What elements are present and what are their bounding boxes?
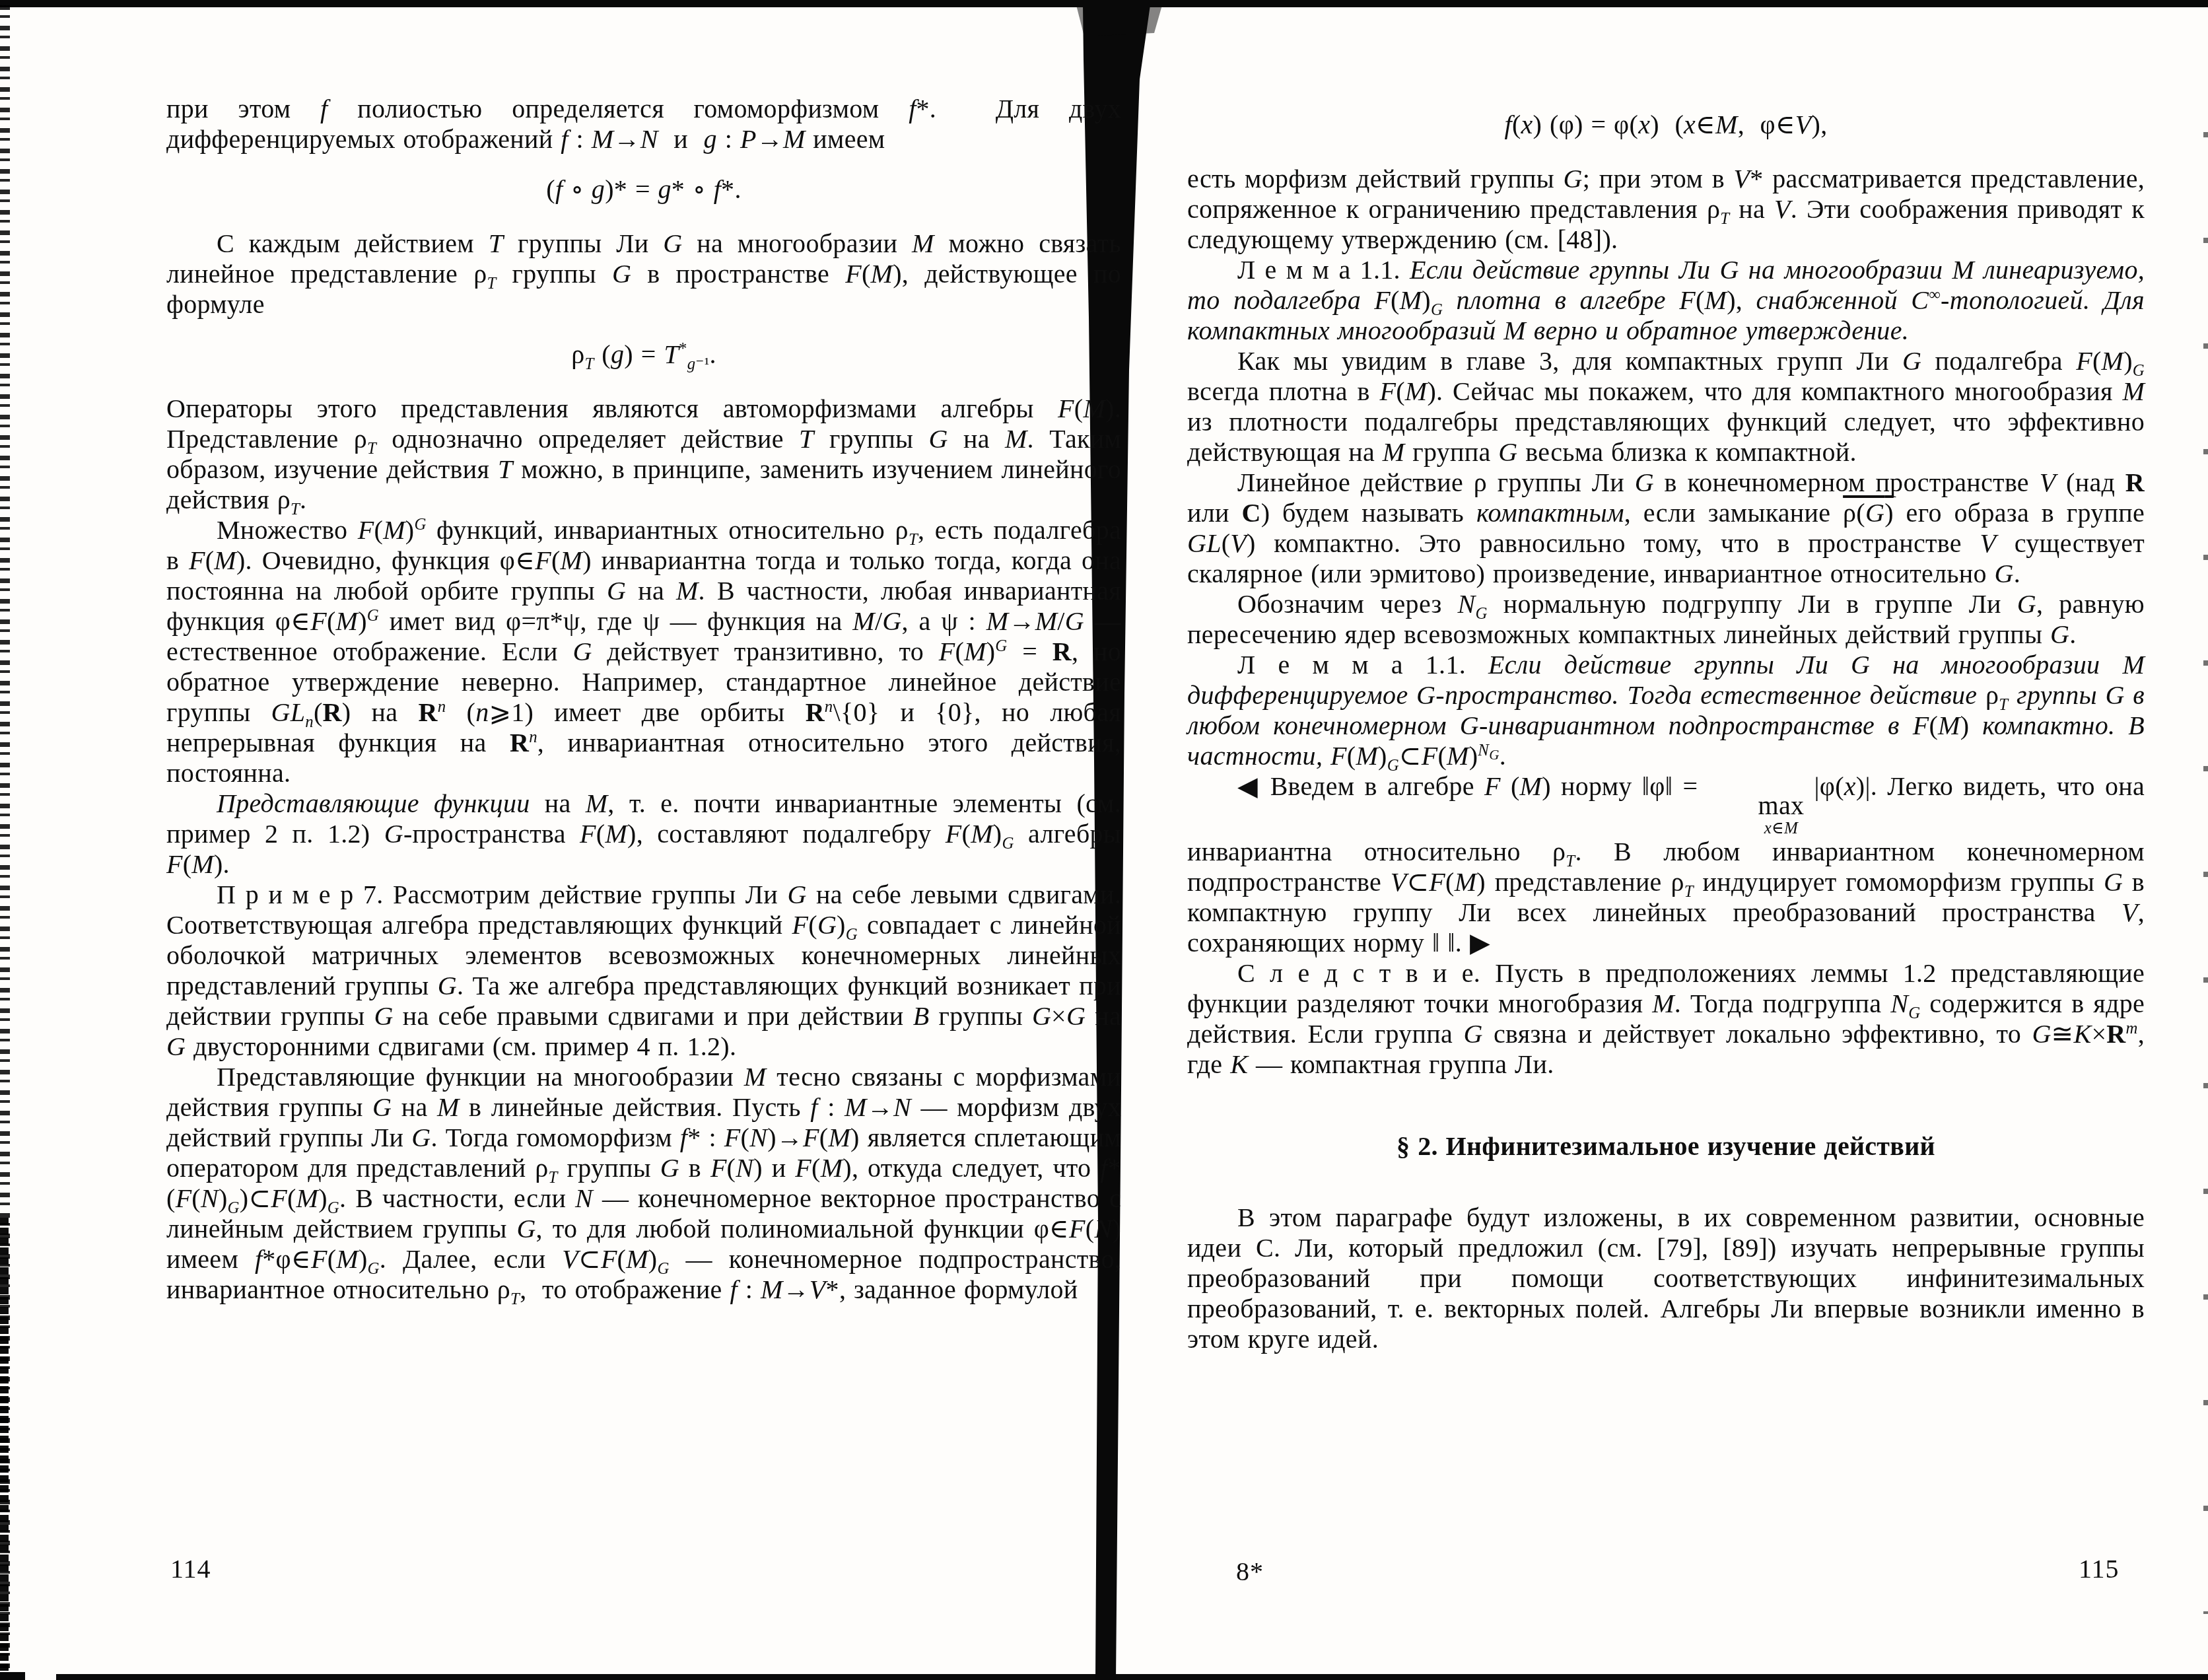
proof-paragraph: ◀ Введем в алгебре F (M) норму ‖φ‖ = max… bbox=[1187, 771, 2145, 958]
paragraph-example-7: П р и м е р 7. Рассмотрим действие групп… bbox=[166, 880, 1121, 1062]
paragraph: Операторы этого представления являются а… bbox=[166, 394, 1121, 515]
page-number-right: 115 bbox=[2079, 1553, 2120, 1584]
paragraph: Представляющие функции на многообразии M… bbox=[166, 1062, 1121, 1305]
section-heading: § 2. Инфинитезимальное изучение действий bbox=[1187, 1131, 2145, 1162]
page-number-left: 114 bbox=[170, 1553, 211, 1584]
paragraph: Множество F(M)G функций, инвариантных от… bbox=[166, 515, 1121, 788]
paragraph: Как мы увидим в главе 3, для компактных … bbox=[1187, 346, 2145, 468]
lemma-second: Л е м м а 1.1. Если действие группы Ли G… bbox=[1187, 650, 2145, 771]
paragraph: В этом параграфе будут изложены, в их со… bbox=[1187, 1203, 2145, 1354]
corollary-paragraph: С л е д с т в и е. Пусть в предположения… bbox=[1187, 958, 2145, 1080]
signature-mark: 8* bbox=[1236, 1556, 1264, 1587]
paragraph: Обозначим через NG нормальную подгруппу … bbox=[1187, 589, 2145, 650]
right-page: f(x) (φ) = φ(x) (x∈M, φ∈V), есть морфизм… bbox=[1187, 92, 2145, 1354]
paragraph: есть морфизм действий группы G; при этом… bbox=[1187, 164, 2145, 255]
display-formula-rho: ρT (g) = T*g⁻¹. bbox=[166, 339, 1121, 370]
paragraph-representing-functions: Представляющие функции на M, т. е. почти… bbox=[166, 788, 1121, 880]
lemma-1-1: Л е м м а 1.1. Если действие группы Ли G… bbox=[1187, 255, 2145, 346]
book-scan: при этом f полиостью определяется гомомо… bbox=[0, 0, 2208, 1680]
paragraph-compact-action: Линейное действие ρ группы Ли G в конечн… bbox=[1187, 468, 2145, 589]
left-page: при этом f полиостью определяется гомомо… bbox=[166, 94, 1121, 1305]
display-formula-composition: (f ∘ g)* = g* ∘ f*. bbox=[166, 174, 1121, 205]
paragraph: С каждым действием T группы Ли G на мног… bbox=[166, 228, 1121, 320]
paragraph: при этом f полиостью определяется гомомо… bbox=[166, 94, 1121, 155]
display-formula-evaluation: f(x) (φ) = φ(x) (x∈M, φ∈V), bbox=[1187, 110, 2145, 140]
